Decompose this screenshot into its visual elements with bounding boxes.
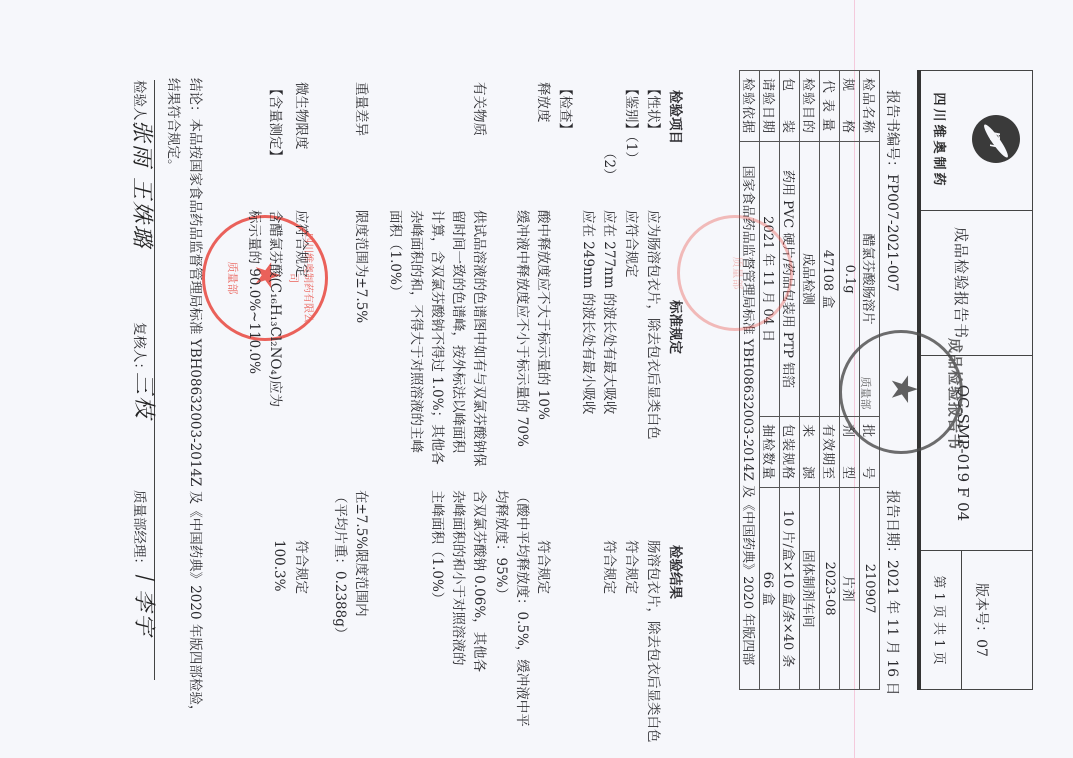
inspector-signature: 张雨 王姝璐 [128,120,159,249]
title-cell: 成品检验报告书 [919,211,1032,356]
item-name: （2） [601,146,621,182]
info-value: 47108 盒 [820,142,840,417]
conclusion-line-2: 结果符合规定。 [165,78,185,173]
items-header-item: 检验项目 [667,90,687,144]
faint-red-stamp: 质量部 [677,215,793,331]
info-label: 检品名称 [860,71,880,142]
rotated-document-page: m 四川维奥制药 成品检验报告书 QC-SMP-019 F 04 版本号：07 … [0,0,1073,758]
item-name: 【检查】 [557,82,577,136]
items-header-result: 检验结果 [667,545,687,599]
version-cell: 版本号：07 第 1 页 共 1 页 [919,551,1032,689]
item-name: 重量差异 [353,82,373,136]
item-name: 【鉴别】（1） [623,82,643,165]
item-result: 均释放度：95%） [493,490,513,601]
item-name: 【性状】 [645,82,665,136]
item-name: 微生物限度 [293,82,313,150]
item-result: 符合规定 [623,540,643,594]
info-value: 2023-08 [820,488,840,690]
item-standard: 面积（1.0%） [387,210,407,298]
info-label: 抽检数量 [760,417,780,488]
info-row: 代 表 量47108 盒有效期至2023-08 [820,71,840,690]
page-indicator: 第 1 页 共 1 页 [931,551,950,689]
info-label: 代 表 量 [820,71,840,142]
item-standard: 酸中释放度应不大于标示量的 10% [535,210,555,420]
items-header-standard: 标准规定 [667,300,687,354]
item-standard: 缓冲液中释放度应不小于标示量的 70% [514,210,534,447]
report-number: 报告书编号：FP007-2021-007 [883,90,903,292]
info-value: 210907 [860,488,880,690]
info-row: 包 装药用 PVC 硬片/药品包装用 PTP 铝箔包装规格10 片/盒×10 盒… [780,71,800,690]
item-standard: 标示量的 90.0%~110.0% [246,210,266,374]
info-label: 请验日期 [760,71,780,142]
star-icon: ★ [883,373,924,405]
stamp-title-text: 成品检验报告书 [945,335,966,453]
info-value: 片剂 [840,488,860,690]
faint-stamp-text: 质量部 [730,238,746,308]
item-standard: 杂峰面积的和，不得大于对照溶液的主峰 [408,210,428,453]
reviewer-signature: 三枝 [130,372,161,420]
item-result: 含双氯芬酸钠 0.06%，其他各 [471,490,491,672]
item-standard: 应在 249nm 的波长处有最小吸收 [580,210,600,414]
manager-label: 质量部经理： [131,490,151,571]
conclusion-line-1: 结论：本品按国家食品药品监督管理局标准 YBH08632003-2014Z 及《… [187,78,207,718]
item-standard: 供试品溶液的色谱图中如有与双氯芬酸钠保 [471,210,491,467]
item-result: 符合规定 [293,540,313,594]
info-label: 检验目的 [800,71,820,142]
item-result: （平均片重：0.2388g） [332,490,352,640]
version-number: 版本号：07 [972,551,992,689]
item-result: 符合规定 [601,540,621,594]
item-result: 在±7.5%限度范围内 [353,490,373,617]
item-standard: 应符合规定 [293,210,313,278]
info-value: 固体制剂车间 [800,488,820,690]
stamp-dept-text: 质量部 [858,363,874,423]
item-result: 符合规定 [535,540,555,594]
item-standard: 应在 277nm 的波长处有最大吸收 [601,210,621,414]
company-logo-icon: m [972,115,1020,163]
info-label: 有效期至 [820,417,840,488]
info-label: 来 源 [800,417,820,488]
logo-cell: m 四川维奥制药 [919,71,1032,211]
item-result: （酸中平均释放度：0.5%，缓冲液中平 [514,490,534,727]
info-value: 66 盒 [760,488,780,690]
info-row: 请验日期2021 年 11 月 04 日抽检数量66 盒 [760,71,780,690]
info-label: 检验依据 [740,71,760,142]
info-label: 规 格 [840,71,860,142]
info-label: 包 装 [780,71,800,142]
seal-department-text: 质量部 [225,248,241,308]
item-name: 释放度 [535,82,555,123]
item-standard: 计算，含双氯芬酸钠不得过 1.0%；其他各 [429,210,449,465]
info-value: 10 片/盒×10 盒/条×40 条 [780,488,800,690]
item-name: 有关物质 [471,82,491,136]
reviewer-label: 复核人： [131,322,151,376]
item-result: 肠溶包衣片，除去包衣后显类白色 [645,540,665,743]
report-date: 报告日期：2021 年 11 月 16 日 [883,490,903,696]
item-standard: 限度范围为±7.5% [353,210,373,323]
item-standard: 应符合规定 [623,210,643,278]
item-standard: 含醋氯芬酸(C₁₆H₁₃Cl₂NO₄)应为 [267,210,287,407]
manager-signature: 丨李宇 [130,565,161,637]
info-label: 包装规格 [780,417,800,488]
document-title: 成品检验报告书 [951,211,972,355]
info-row: 检验目的成品检测来 源固体制剂车间 [800,71,820,690]
item-name: 【含量测定】 [267,82,287,163]
item-result: 100.3% [271,540,287,591]
item-result: 主峰面积（1.0%） [429,490,449,605]
company-name: 四川维奥制药 [931,71,950,210]
item-result: 杂峰面积的和小于对照溶液的 [450,490,470,666]
item-standard: 应为肠溶包衣片，除去包衣后显类白色 [645,210,665,440]
info-value: 成品检测 [800,142,820,417]
item-standard: 留时间一致的色谱峰，按外标法以峰面积 [450,210,470,453]
info-row-basis: 检验依据国家食品药品监督管理局标准 YBH08632003-2014Z 及《中国… [740,71,760,690]
qc-report-stamp: ★ 成品检验报告书 质量部 [839,330,963,454]
